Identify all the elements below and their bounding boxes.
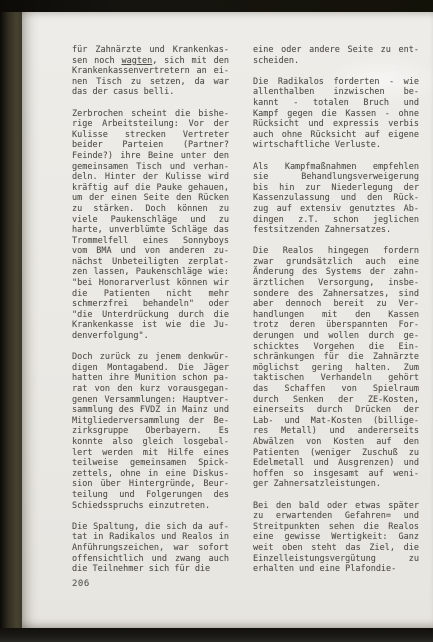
text-line: handlungen mit den Kassen bbox=[253, 310, 419, 321]
page-number: 206 bbox=[72, 579, 90, 589]
text-line: die Patienten nicht mehr bbox=[72, 289, 229, 300]
text-line: Rücksicht und expressis verbis bbox=[253, 119, 419, 130]
text-line: durch Senken der ZE-Kosten, bbox=[253, 395, 419, 406]
text-line: hatten ihre Munition schon pa- bbox=[72, 373, 229, 384]
text-line: harte, unverblümte Schläge das bbox=[72, 225, 229, 236]
text-line: weit oben steht das Ziel, die bbox=[253, 543, 419, 554]
text-line: genen Versammlungen: Hauptver- bbox=[72, 395, 229, 406]
text-line: Die Spaltung, die sich da auf- bbox=[72, 522, 229, 533]
text-line: zen lassen, Paukenschläge wie: bbox=[72, 267, 229, 278]
text-line: Die Realos hingegen fordern bbox=[253, 246, 419, 257]
scan-border-bottom bbox=[0, 628, 433, 642]
paragraph: Die Realos hingegen fordernzwar grundsät… bbox=[253, 246, 419, 490]
text-line: Abwälzen von Kosten auf den bbox=[253, 437, 419, 448]
text-line: Feinde?) ihre Beine unter den bbox=[72, 151, 229, 162]
text-line: um der einen Seite den Rücken bbox=[72, 193, 229, 204]
text-line: schmerzfrei behandeln" oder bbox=[72, 299, 229, 310]
text-line: digen Montagabend. Die Jäger bbox=[72, 363, 229, 374]
text-line: sion über Hintergründe, Beur- bbox=[72, 479, 229, 490]
book-page: für Zahnärzte und Krankenkas-sen noch wa… bbox=[22, 12, 433, 628]
text-line: offensichtlich und zwang auch bbox=[72, 554, 229, 565]
text-line: scheiden. bbox=[253, 56, 419, 67]
text-line: beider Parteien (Partner? bbox=[72, 140, 229, 151]
text-line: Einzelleistungsvergütung zu bbox=[253, 554, 419, 565]
text-line: zirksgruppe Oberbayern. Es bbox=[72, 426, 229, 437]
text-line: tat in Radikalos und Realos in bbox=[72, 532, 229, 543]
text-line: auch ohne Rücksicht auf eigene bbox=[253, 130, 419, 141]
text-line: Änderung des Systems der zahn- bbox=[253, 267, 419, 278]
paragraph: Doch zurück zu jenem denkwür-digen Monta… bbox=[72, 352, 229, 511]
text-line: Trommelfell eines Sonnyboys bbox=[72, 236, 229, 247]
text-line: rige Arbeitsteilung: Vor der bbox=[72, 119, 229, 130]
paragraph: Als Kampfmaßnahmen empfehlensie Behandlu… bbox=[253, 162, 419, 236]
text-line: Mitgliederversammlung der Be- bbox=[72, 416, 229, 427]
text-line: schicktes Vorgehen die Ein- bbox=[253, 342, 419, 353]
paragraph: eine oder andere Seite zu ent-scheiden. bbox=[253, 45, 419, 66]
text-line: Die Radikalos forderten - wie bbox=[253, 77, 419, 88]
text-line: hoffen so insgesamt auf weni- bbox=[253, 469, 419, 480]
text-line: Kampf gegen die Kassen - ohne bbox=[253, 109, 419, 120]
text-line: einerseits durch Drücken der bbox=[253, 405, 419, 416]
text-line: schränkungen für die Zahnärzte bbox=[253, 352, 419, 363]
text-line: Patienten (weniger Zuschuß zu bbox=[253, 448, 419, 459]
text-line: vom BMA und von anderen zu- bbox=[72, 246, 229, 257]
text-line: Zerbrochen scheint die bishe- bbox=[72, 109, 229, 120]
paragraph: für Zahnärzte und Krankenkas-sen noch wa… bbox=[72, 45, 229, 98]
text-line: Schiedsspruchs einzutreten. bbox=[72, 501, 229, 512]
text-line: dingen z.T. schon jeglichen bbox=[253, 215, 419, 226]
text-line: Lab- und Mat-Kosten (billige- bbox=[253, 416, 419, 427]
text-line: bis hin zur Niederlegung der bbox=[253, 183, 419, 194]
text-line: Bei den bald oder etwas später bbox=[253, 501, 419, 512]
text-line: rat von den kurz vorausgegan- bbox=[72, 384, 229, 395]
text-line: wirtschaftliche Verluste. bbox=[253, 140, 419, 151]
text-line: zwar grundsätzlich auch eine bbox=[253, 257, 419, 268]
text-line: zu erwartenden Gefahren= und bbox=[253, 511, 419, 522]
text-line: für Zahnärzte und Krankenkas- bbox=[72, 45, 229, 56]
paragraph: Zerbrochen scheint die bishe-rige Arbeit… bbox=[72, 109, 229, 342]
text-line: Anführungszeichen, war sofort bbox=[72, 543, 229, 554]
text-line: ger Zahnersatzleistungen. bbox=[253, 479, 419, 490]
text-line: nen Tisch zu setzen, da war bbox=[72, 77, 229, 88]
text-line: eine oder andere Seite zu ent- bbox=[253, 45, 419, 56]
text-line: Krankenkassenvertretern an ei- bbox=[72, 66, 229, 77]
text-line: "bei Honorarverlust können wir bbox=[72, 278, 229, 289]
text-line: aber dennoch bereit zu Ver- bbox=[253, 299, 419, 310]
text-line: Als Kampfmaßnahmen empfehlen bbox=[253, 162, 419, 173]
scan-border-left bbox=[0, 12, 22, 628]
text-line: sen noch wagten, sich mit den bbox=[72, 56, 229, 67]
text-line: sammlung des FVDZ in Mainz und bbox=[72, 405, 229, 416]
text-line: taktischen Verhandeln gehört bbox=[253, 373, 419, 384]
text-line: teilung und Folgerungen des bbox=[72, 490, 229, 501]
text-line: zug auf extensiv genutztes Ab- bbox=[253, 204, 419, 215]
paragraph: Bei den bald oder etwas späterzu erwarte… bbox=[253, 501, 419, 575]
text-line: festsitzenden Zahnersatzes. bbox=[253, 225, 419, 236]
text-line: das der casus belli. bbox=[72, 87, 229, 98]
text-line: gemeinsamen Tisch und verhan- bbox=[72, 162, 229, 173]
column-right: eine oder andere Seite zu ent-scheiden.D… bbox=[253, 45, 419, 585]
text-line: Kulisse strecken Vertreter bbox=[72, 130, 229, 141]
scan-border-top bbox=[0, 0, 433, 12]
text-line: res Metall) und andererseits bbox=[253, 426, 419, 437]
text-line: Kassenzulassung und den Rück- bbox=[253, 193, 419, 204]
text-line: trotz deren überspannten For- bbox=[253, 320, 419, 331]
text-line: zettels, ohne in eine Diskus- bbox=[72, 469, 229, 480]
text-line: die Teilnehmer sich für die bbox=[72, 564, 229, 575]
text-line: allenthalben inzwischen be- bbox=[253, 87, 419, 98]
scanned-page: für Zahnärzte und Krankenkas-sen noch wa… bbox=[0, 0, 433, 642]
text-line: eine gewisse Wertigkeit: Ganz bbox=[253, 532, 419, 543]
text-line: das Schaffen von Spielraum bbox=[253, 384, 419, 395]
text-line: Edelmetall und Ausgrenzen) und bbox=[253, 458, 419, 469]
text-line: Streitpunkten sehen die Realos bbox=[253, 522, 419, 533]
text-line: zu stärken. Doch können zu bbox=[72, 204, 229, 215]
text-line: möglichst gering halten. Zum bbox=[253, 363, 419, 374]
text-line: viele Paukenschläge und zu bbox=[72, 215, 229, 226]
text-line: Krankenkasse ist wie die Ju- bbox=[72, 320, 229, 331]
text-line: denverfolgung". bbox=[72, 331, 229, 342]
text-line: teilweise gemeinsamen Spick- bbox=[72, 458, 229, 469]
text-line: ärztlichen Versorgung, insbe- bbox=[253, 278, 419, 289]
text-line: kannt - totalen Bruch und bbox=[253, 98, 419, 109]
paragraph: Die Radikalos forderten - wieallenthalbe… bbox=[253, 77, 419, 151]
column-left: für Zahnärzte und Krankenkas-sen noch wa… bbox=[72, 45, 229, 585]
text-line: "die Unterdrückung durch die bbox=[72, 310, 229, 321]
text-line: erhalten und eine Plafondie- bbox=[253, 564, 419, 575]
text-line: nächst Unbeteiligten zerplat- bbox=[72, 257, 229, 268]
paragraph: Die Spaltung, die sich da auf-tat in Rad… bbox=[72, 522, 229, 575]
text-line: derungen und wollen durch ge- bbox=[253, 331, 419, 342]
text-line: sondere des Zahnersatzes, sind bbox=[253, 289, 419, 300]
text-line: deln. Hinter der Kulisse wird bbox=[72, 172, 229, 183]
text-line: lert werden mit Hilfe eines bbox=[72, 448, 229, 459]
text-line: sie Behandlungsverweigerung bbox=[253, 172, 419, 183]
text-line: kräftig auf die Pauke gehauen, bbox=[72, 183, 229, 194]
text-line: Doch zurück zu jenem denkwür- bbox=[72, 352, 229, 363]
text-line: konnte also gleich losgebal- bbox=[72, 437, 229, 448]
